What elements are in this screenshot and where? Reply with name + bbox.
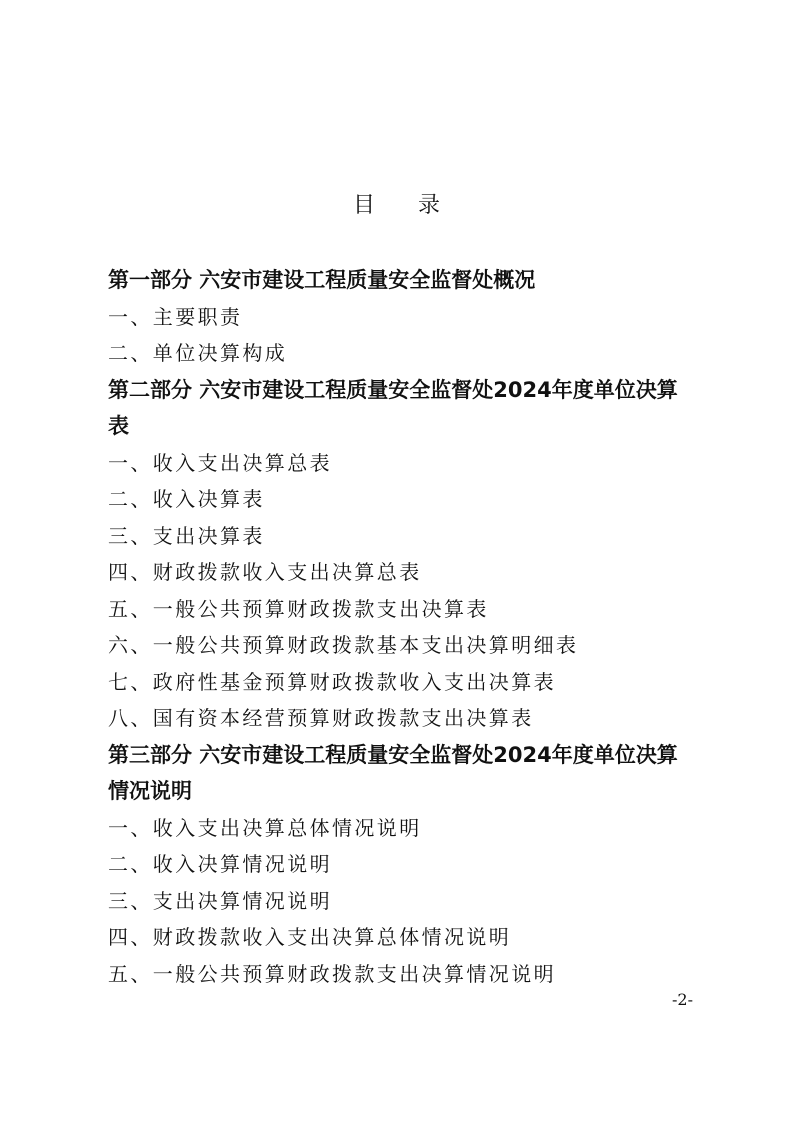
toc-item: 四、财政拨款收入支出决算总表 bbox=[108, 554, 698, 591]
toc-item: 八、国有资本经营预算财政拨款支出决算表 bbox=[108, 700, 698, 737]
toc-item: 七、政府性基金预算财政拨款收入支出决算表 bbox=[108, 664, 698, 701]
toc-item: 二、收入决算表 bbox=[108, 481, 698, 518]
part-3-heading: 第三部分 六安市建设工程质量安全监督处2024年度单位决算情况说明 bbox=[108, 737, 698, 810]
page-number: -2- bbox=[672, 990, 693, 1009]
toc-item: 二、单位决算构成 bbox=[108, 335, 698, 372]
toc-item: 三、支出决算表 bbox=[108, 518, 698, 555]
toc-item: 六、一般公共预算财政拨款基本支出决算明细表 bbox=[108, 627, 698, 664]
toc-item: 一、主要职责 bbox=[108, 299, 698, 336]
part-2-heading: 第二部分 六安市建设工程质量安全监督处2024年度单位决算表 bbox=[108, 372, 698, 445]
table-of-contents: 第一部分 六安市建设工程质量安全监督处概况 一、主要职责 二、单位决算构成 第二… bbox=[108, 262, 698, 992]
toc-item: 三、支出决算情况说明 bbox=[108, 883, 698, 920]
toc-item: 五、一般公共预算财政拨款支出决算情况说明 bbox=[108, 956, 698, 993]
toc-item: 五、一般公共预算财政拨款支出决算表 bbox=[108, 591, 698, 628]
toc-item: 二、收入决算情况说明 bbox=[108, 846, 698, 883]
toc-item: 一、收入支出决算总表 bbox=[108, 445, 698, 482]
page-title: 目 录 bbox=[0, 188, 793, 219]
part-1-heading: 第一部分 六安市建设工程质量安全监督处概况 bbox=[108, 262, 698, 299]
toc-item: 一、收入支出决算总体情况说明 bbox=[108, 810, 698, 847]
toc-item: 四、财政拨款收入支出决算总体情况说明 bbox=[108, 919, 698, 956]
